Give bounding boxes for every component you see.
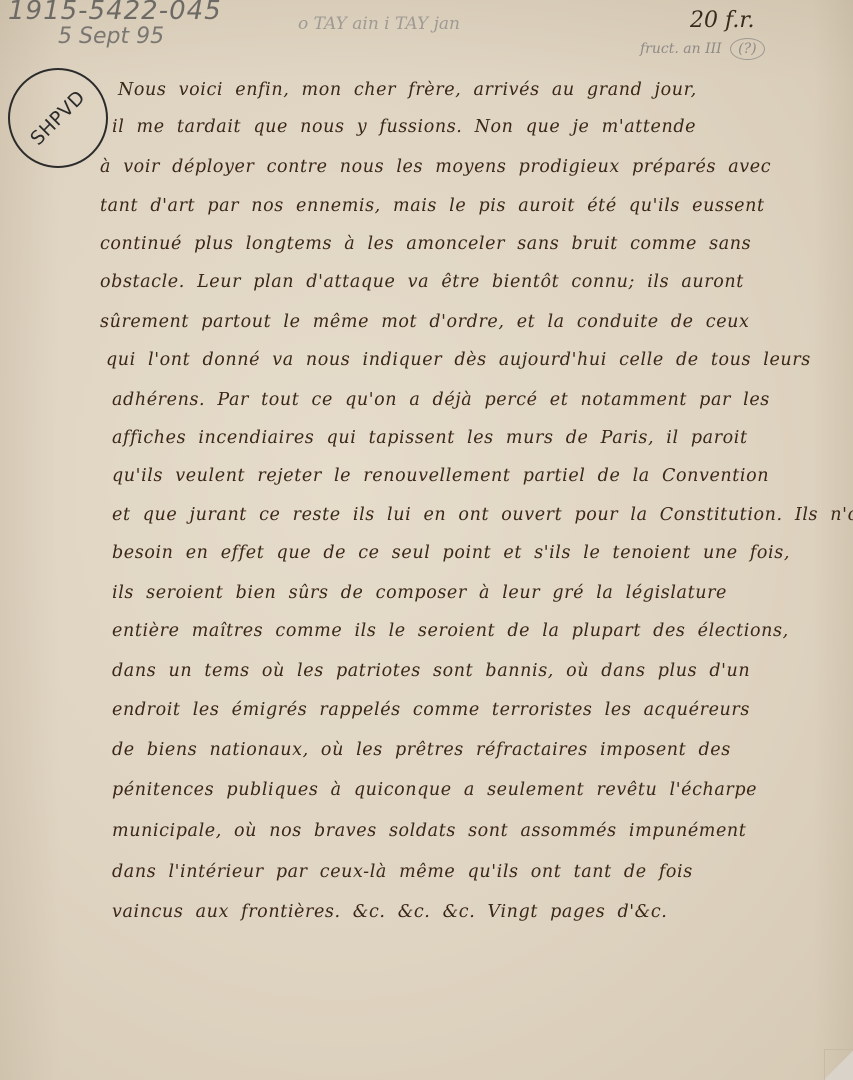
letter-line: ils seroient bien sûrs de composer à leu… <box>112 583 843 603</box>
letter-line: et que jurant ce reste ils lui en ont ou… <box>112 505 843 525</box>
letter-line: endroit les émigrés rappelés comme terro… <box>112 700 843 720</box>
letter-line: Nous voici enfin, mon cher frère, arrivé… <box>118 80 843 100</box>
archive-reference: 1915-5422-045 <box>8 0 222 26</box>
letter-line: sûrement partout le même mot d'ordre, et… <box>100 312 843 332</box>
letter-line: vaincus aux frontières. &c. &c. &c. Ving… <box>112 902 843 922</box>
shpvd-stamp: SHPVD <box>8 68 108 168</box>
date-annotation-text: fruct. an III <box>640 41 722 57</box>
letter-line: tant d'art par nos ennemis, mais le pis … <box>100 196 843 216</box>
letter-line: affiches incendiaires qui tapissent les … <box>112 428 843 448</box>
letter-line: pénitences publiques à quiconque a seule… <box>112 780 843 800</box>
circled-annotation: (?) <box>730 38 764 60</box>
letter-line: entière maîtres comme ils le seroient de… <box>112 621 843 641</box>
folded-corner <box>824 1049 853 1080</box>
letter-line: adhérens. Par tout ce qu'on a déjà percé… <box>112 390 843 410</box>
letter-line: qu'ils veulent rejeter le renouvellement… <box>112 466 843 486</box>
letter-line: dans l'intérieur par ceux-là même qu'ils… <box>112 862 843 882</box>
letter-line: à voir déployer contre nous les moyens p… <box>100 157 843 177</box>
letter-line: obstacle. Leur plan d'attaque va être bi… <box>100 272 843 292</box>
letter-line: besoin en effet que de ce seul point et … <box>112 543 843 563</box>
folio-number: 20 f.r. <box>690 8 754 33</box>
letter-line: dans un tems où les patriotes sont banni… <box>112 661 843 681</box>
pencil-annotation: o TAY ain i TAY jan <box>298 14 460 34</box>
letter-line: qui l'ont donné va nous indiquer dès auj… <box>106 350 843 370</box>
stamp-label: SHPVD <box>26 86 90 150</box>
letter-line: municipale, où nos braves soldats sont a… <box>112 821 843 841</box>
letter-line: continué plus longtems à les amonceler s… <box>100 234 843 254</box>
letter-line: de biens nationaux, où les prêtres réfra… <box>112 740 843 760</box>
date-annotation: fruct. an III (?) <box>640 38 765 60</box>
letter-line: il me tardait que nous y fussions. Non q… <box>112 117 843 137</box>
archive-date: 5 Sept 95 <box>58 24 164 49</box>
